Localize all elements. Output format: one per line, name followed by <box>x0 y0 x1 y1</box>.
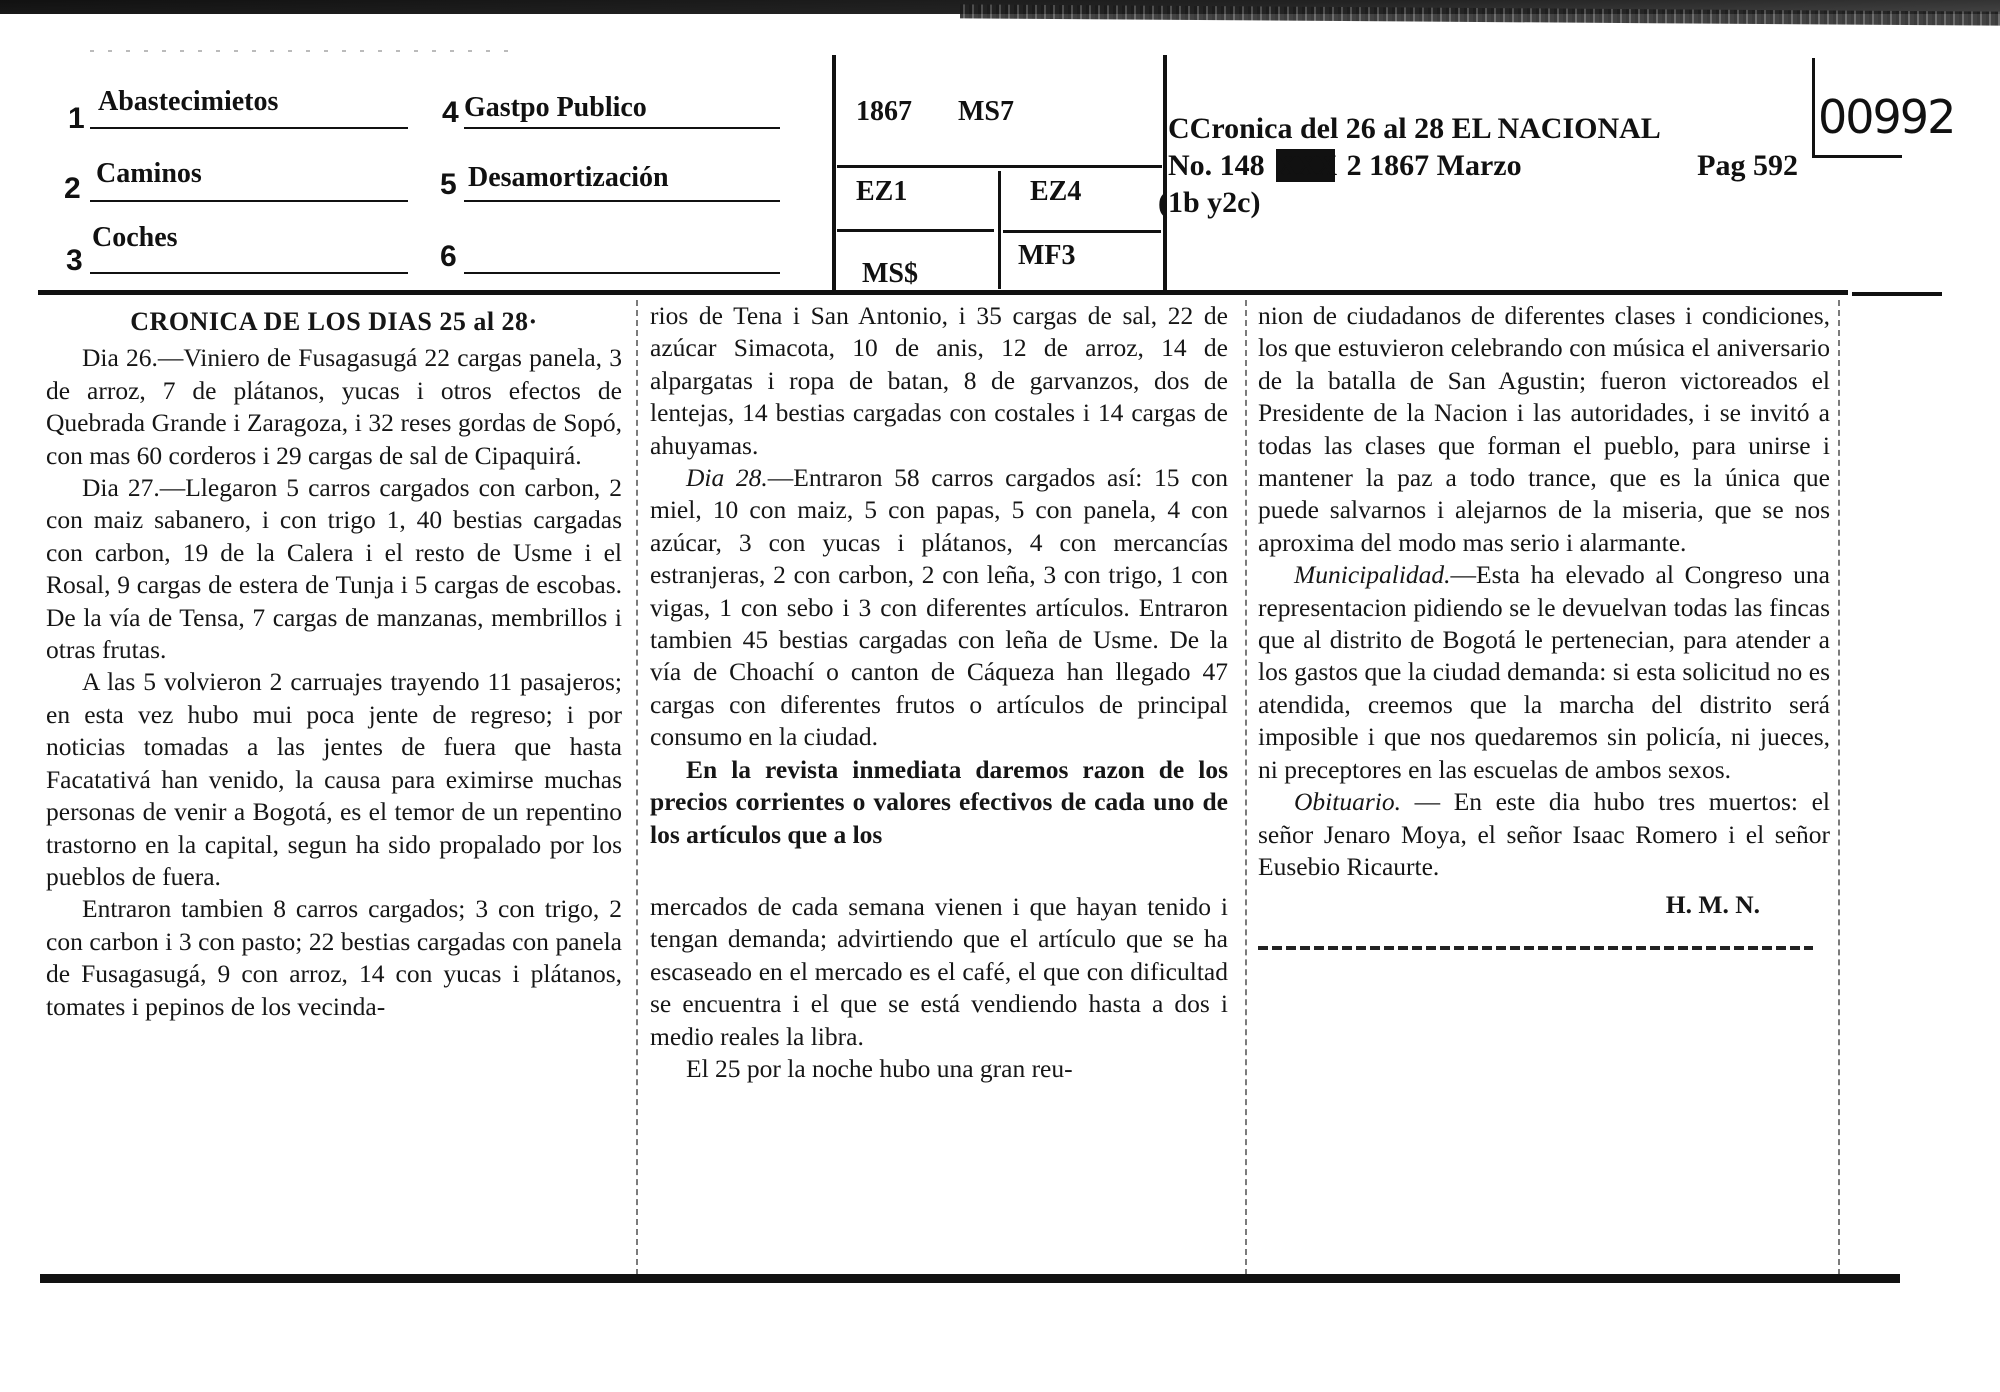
codes-box-divider-v <box>998 171 1001 289</box>
record-box-bottom <box>1812 155 1902 158</box>
codes-box-divider-2a <box>837 229 994 232</box>
category-number: 3 <box>66 244 83 278</box>
paragraph-revista: En la revista inmediata daremos razon de… <box>650 754 1228 851</box>
code-cell-4: MF3 <box>1018 240 1076 272</box>
citation-block: CCronica del 26 al 28 EL NACIONAL No. 14… <box>1168 110 1798 221</box>
codes-box-left-border <box>832 55 836 290</box>
codes-top-code: MS7 <box>958 96 1014 128</box>
citation-page: Pag 592 <box>1697 147 1798 184</box>
paragraph: rios de Tena i San Antonio, i 35 cargas … <box>650 300 1228 462</box>
code-cell-3: MS$ <box>862 258 918 290</box>
codes-year: 1867 <box>856 96 912 128</box>
category-2-line <box>90 200 408 202</box>
paragraph: A las 5 volvieron 2 carruajes trayendo 1… <box>46 666 622 893</box>
category-label: Gastpo Publico <box>464 92 647 124</box>
citation-line-1: CCronica del 26 al 28 EL NACIONAL <box>1168 110 1798 147</box>
codes-box-divider-2b <box>1003 230 1161 233</box>
category-1-line <box>90 127 408 129</box>
citation-line-2: No. 148 XXX 2 1867 Marzo Pag 592 <box>1168 147 1798 184</box>
citation-struck: XXX <box>1276 149 1335 182</box>
paragraph: El 25 por la noche hubo una gran reu- <box>650 1053 1228 1085</box>
category-6-line <box>464 272 780 274</box>
day-28-label: Dia 28. <box>686 463 768 492</box>
column-gap <box>650 851 1228 891</box>
paragraph-municipalidad: Municipalidad.—Esta ha elevado al Congre… <box>1258 559 1830 786</box>
paragraph: Entraron tambien 8 carros cargados; 3 co… <box>46 893 622 1023</box>
category-number: 6 <box>440 240 457 274</box>
article-title: CRONICA DE LOS DIAS 25 al 28· <box>46 306 622 338</box>
category-number: 2 <box>64 172 81 206</box>
code-cell-1: EZ1 <box>856 176 907 208</box>
municipalidad-text: —Esta ha elevado al Congreso una represe… <box>1258 560 1830 783</box>
bottom-rule <box>40 1274 1900 1283</box>
citation-date: 2 1867 Marzo <box>1347 149 1522 182</box>
paragraph: mercados de cada semana vienen i que hay… <box>650 891 1228 1053</box>
record-number: 00992 <box>1818 90 1954 144</box>
category-number: 1 <box>68 102 85 136</box>
category-3-line <box>90 272 408 274</box>
end-rule <box>1258 946 1813 950</box>
codes-box-divider-1 <box>837 165 1162 168</box>
paragraph-day-28: Dia 28.—Entraron 58 carros cargados así:… <box>650 462 1228 754</box>
category-5-line <box>464 200 780 202</box>
header-bottom-rule <box>38 290 1848 295</box>
column-separator-2 <box>1245 300 1248 1275</box>
obituario-label: Obituario. <box>1294 787 1401 816</box>
category-number: 5 <box>440 168 457 202</box>
article-column-1: CRONICA DE LOS DIAS 25 al 28· Dia 26.—Vi… <box>46 306 622 1023</box>
municipalidad-label: Municipalidad. <box>1294 560 1451 589</box>
paragraph: Dia 26.—Viniero de Fusagasugá 22 cargas … <box>46 342 622 472</box>
category-4-line <box>464 127 780 129</box>
code-cell-2: EZ4 <box>1030 176 1081 208</box>
paragraph: nion de ciudadanos de diferentes clases … <box>1258 300 1830 559</box>
category-label: Coches <box>92 222 178 254</box>
paragraph-obituario: Obituario. — En este dia hubo tres muert… <box>1258 786 1830 883</box>
scan-faint-marks <box>90 50 520 52</box>
category-label: Caminos <box>96 158 202 190</box>
article-column-3: nion de ciudadanos de diferentes clases … <box>1258 300 1830 950</box>
category-label: Abastecimietos <box>98 86 278 118</box>
article-column-2: rios de Tena i San Antonio, i 35 cargas … <box>650 300 1228 1085</box>
codes-box-right-border <box>1163 55 1167 290</box>
record-box-left <box>1812 58 1815 158</box>
citation-line-3: (1b y2c) <box>1158 184 1798 221</box>
day-28-text: —Entraron 58 carros cargados así: 15 con… <box>650 463 1228 751</box>
citation-issue: No. 148 <box>1168 149 1265 182</box>
category-label: Desamortización <box>468 162 669 194</box>
header-bottom-rule-right <box>1852 292 1942 296</box>
column-separator-3 <box>1838 300 1841 1275</box>
paragraph: Dia 27.—Llegaron 5 carros cargados con c… <box>46 472 622 666</box>
column-separator-1 <box>636 300 639 1275</box>
category-number: 4 <box>442 96 459 130</box>
signature: H. M. N. <box>1258 889 1830 921</box>
